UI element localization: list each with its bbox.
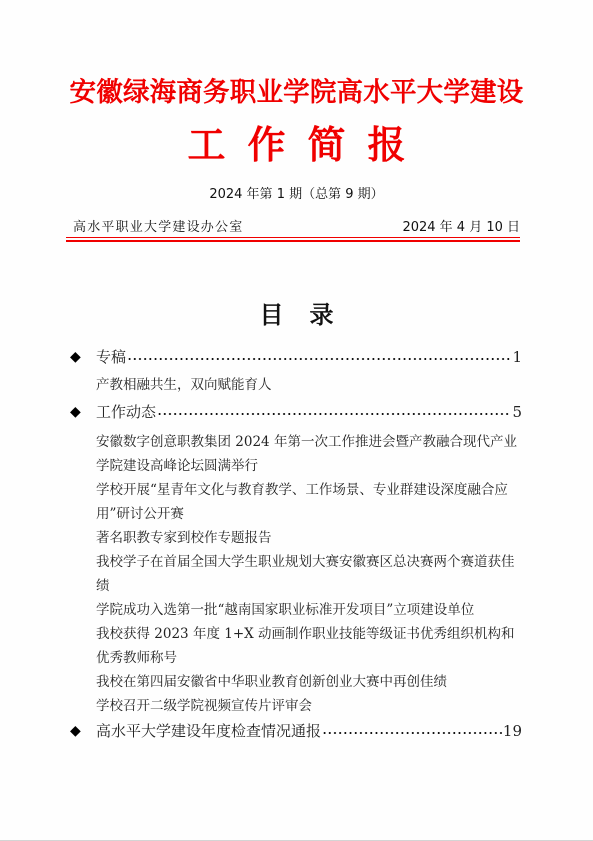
toc-page-number: 19	[503, 719, 522, 743]
toc-entry[interactable]: 著名职教专家到校作专题报告	[96, 526, 520, 550]
issuing-office: 高水平职业大学建设办公室	[73, 219, 243, 237]
toc-entry[interactable]: 学校开展“星青年文化与教育教学、工作场景、专业群建设深度融合应用”研讨公开赛	[96, 478, 520, 526]
toc-section-special[interactable]: ◆ 专稿 1	[66, 345, 522, 369]
diamond-bullet-icon: ◆	[66, 345, 96, 369]
toc-entry[interactable]: 我校获得 2023 年度 1+X 动画制作职业技能等级证书优秀组织机构和优秀教师…	[96, 622, 520, 670]
toc-section-items: 安徽数字创意职教集团 2024 年第一次工作推进会暨产教融合现代产业学院建设高峰…	[66, 430, 522, 718]
toc-section-label: 专稿	[96, 345, 126, 369]
toc-page-number: 5	[512, 400, 522, 424]
toc-entry[interactable]: 学院成功入选第一批“越南国家职业标准开发项目”立项建设单位	[96, 598, 520, 622]
toc-page-number: 1	[512, 345, 522, 369]
toc-entry[interactable]: 学校召开二级学院视频宣传片评审会	[96, 694, 520, 718]
red-divider-thick	[66, 240, 520, 242]
table-of-contents: ◆ 专稿 1 产教相融共生，双向赋能育人 ◆ 工作动态 5 安徽数字创意职教集团…	[66, 345, 522, 743]
toc-entry[interactable]: 安徽数字创意职教集团 2024 年第一次工作推进会暨产教融合现代产业学院建设高峰…	[96, 430, 520, 478]
issue-date: 2024 年 4 月 10 日	[402, 219, 520, 237]
toc-section-label: 高水平大学建设年度检查情况通报	[96, 719, 321, 743]
diamond-bullet-icon: ◆	[66, 719, 96, 743]
document-page: 安徽绿海商务职业学院高水平大学建设 工作简报 2024 年第 1 期（总第 9 …	[0, 0, 593, 841]
diamond-bullet-icon: ◆	[66, 400, 96, 424]
toc-section-work-news[interactable]: ◆ 工作动态 5	[66, 400, 522, 424]
issue-number: 2024 年第 1 期（总第 9 期）	[0, 186, 593, 204]
brief-title: 工作简报	[0, 122, 593, 168]
toc-section-label: 工作动态	[96, 400, 156, 424]
meta-row: 高水平职业大学建设办公室 2024 年 4 月 10 日	[73, 219, 520, 237]
toc-entry[interactable]: 我校学子在首届全国大学生职业规划大赛安徽赛区总决赛两个赛道获佳绩	[96, 550, 520, 598]
toc-section-items: 产教相融共生，双向赋能育人	[66, 373, 522, 397]
toc-title: 目录	[0, 299, 593, 331]
red-divider-thin	[66, 237, 520, 238]
dot-leader	[157, 400, 511, 424]
toc-entry[interactable]: 我校在第四届安徽省中华职业教育创新创业大赛中再创佳绩	[96, 670, 520, 694]
dot-leader	[322, 719, 502, 743]
org-title: 安徽绿海商务职业学院高水平大学建设	[0, 76, 593, 110]
toc-section-annual-inspection[interactable]: ◆ 高水平大学建设年度检查情况通报 19	[66, 719, 522, 743]
dot-leader	[127, 345, 511, 369]
toc-entry[interactable]: 产教相融共生，双向赋能育人	[96, 373, 520, 397]
